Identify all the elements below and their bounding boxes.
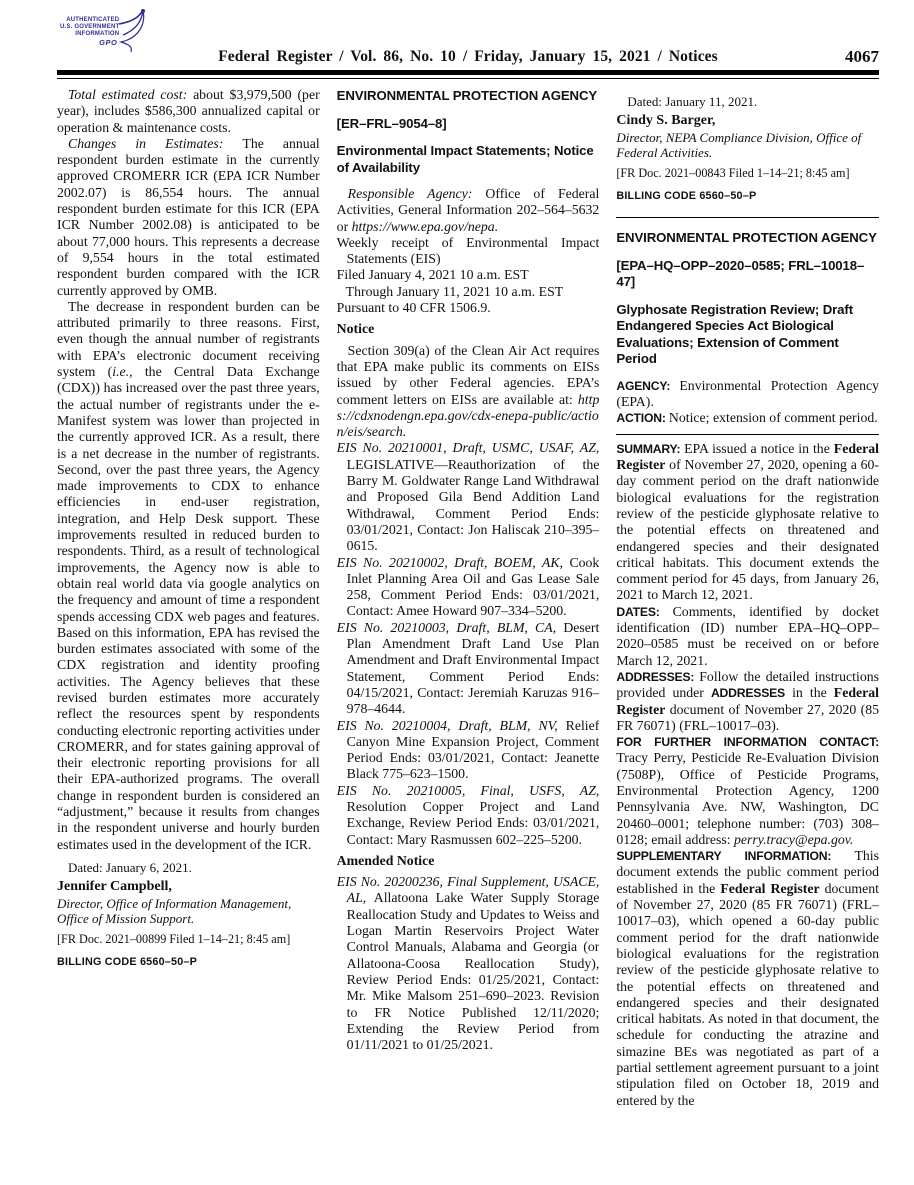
- subject-heading: Glyphosate Registration Review; Draft En…: [616, 302, 879, 368]
- signature-title: Director, Office of Information Manageme…: [57, 896, 320, 927]
- fr-doc-line: [FR Doc. 2021–00899 Filed 1–14–21; 8:45 …: [57, 931, 320, 947]
- amended-notice-heading: Amended Notice: [337, 853, 600, 869]
- logo-line-1: AUTHENTICATED: [60, 17, 119, 24]
- page-header-title: Federal Register / Vol. 86, No. 10 / Fri…: [218, 48, 718, 65]
- eis-entry: EIS No. 20210005, Final, USFS, AZ, Resol…: [337, 783, 600, 848]
- gpo-wordmark: GPO: [60, 39, 119, 46]
- fr-doc-line: [FR Doc. 2021–00843 Filed 1–14–21; 8:45 …: [616, 165, 879, 181]
- paragraph-section-309: Section 309(a) of the Clean Air Act requ…: [337, 343, 600, 441]
- eis-entry: EIS No. 20210002, Draft, BOEM, AK, Cook …: [337, 555, 600, 620]
- section-divider: [616, 217, 879, 218]
- gpo-authenticated-text: AUTHENTICATED U.S. GOVERNMENT INFORMATIO…: [60, 8, 119, 46]
- billing-code: BILLING CODE 6560–50–P: [57, 954, 320, 970]
- paragraph-total-estimated-cost: Total estimated cost: about $3,979,500 (…: [57, 87, 320, 136]
- eis-entry: EIS No. 20210004, Draft, BLM, NV, Relief…: [337, 718, 600, 783]
- logo-line-3: INFORMATION: [60, 31, 119, 38]
- addresses-paragraph: ADDRESSES: Follow the detailed instructi…: [616, 669, 879, 734]
- signature-name: Jennifer Campbell,: [57, 879, 320, 895]
- agency-line: AGENCY: Environmental Protection Agency …: [616, 378, 879, 411]
- signature-title: Director, NEPA Compliance Division, Offi…: [616, 130, 879, 161]
- through-line: Through January 11, 2021 10 a.m. EST: [337, 284, 600, 300]
- logo-line-2: U.S. GOVERNMENT: [60, 24, 119, 31]
- receipt-line: Weekly receipt of Environmental Impact S…: [337, 235, 600, 268]
- agency-heading: ENVIRONMENTAL PROTECTION AGENCY: [337, 88, 600, 105]
- notice-heading: Notice: [337, 321, 600, 337]
- page-header: Federal Register / Vol. 86, No. 10 / Fri…: [57, 48, 879, 66]
- action-line: ACTION: Notice; extension of comment per…: [616, 410, 879, 426]
- eis-entry: EIS No. 20200236, Final Supplement, USAC…: [337, 874, 600, 1053]
- subject-heading: Environmental Impact Statements; Notice …: [337, 143, 600, 176]
- summary-paragraph: SUMMARY: EPA issued a notice in the Fede…: [616, 441, 879, 604]
- pursuant-line: Pursuant to 40 CFR 1506.9.: [337, 300, 600, 316]
- eis-entry: EIS No. 20210003, Draft, BLM, CA, Desert…: [337, 620, 600, 718]
- column-3: Dated: January 11, 2021.Cindy S. Barger,…: [616, 87, 879, 1179]
- header-rule-thick: [57, 70, 879, 75]
- federal-register-page: AUTHENTICATED U.S. GOVERNMENT INFORMATIO…: [0, 0, 914, 1185]
- column-2: ENVIRONMENTAL PROTECTION AGENCY[ER–FRL–9…: [337, 87, 600, 1179]
- filed-line: Filed January 4, 2021 10 a.m. EST: [337, 267, 600, 283]
- agency-heading: ENVIRONMENTAL PROTECTION AGENCY: [616, 230, 879, 247]
- docket-number: [ER–FRL–9054–8]: [337, 116, 600, 133]
- eis-entry: EIS No. 20210001, Draft, USMC, USAF, AZ,…: [337, 440, 600, 554]
- header-rule-thin: [57, 78, 879, 79]
- further-info-paragraph: FOR FURTHER INFORMATION CONTACT: Tracy P…: [616, 734, 879, 848]
- docket-number: [EPA–HQ–OPP–2020–0585; FRL–10018–47]: [616, 258, 879, 291]
- column-1: Total estimated cost: about $3,979,500 (…: [57, 87, 320, 1179]
- paragraph-changes-in-estimates: Changes in Estimates: The annual respond…: [57, 136, 320, 299]
- billing-code: BILLING CODE 6560–50–P: [616, 188, 879, 204]
- paragraph-burden-decrease: The decrease in respondent burden can be…: [57, 299, 320, 853]
- content-columns: Total estimated cost: about $3,979,500 (…: [57, 87, 879, 1179]
- paragraph-responsible-agency: Responsible Agency: Office of Federal Ac…: [337, 186, 600, 235]
- page-number: 4067: [845, 47, 879, 67]
- signature-name: Cindy S. Barger,: [616, 113, 879, 129]
- dates-paragraph: DATES: Comments, identified by docket id…: [616, 604, 879, 669]
- supplementary-info-paragraph: SUPPLEMENTARY INFORMATION: This document…: [616, 848, 879, 1109]
- dated-line: Dated: January 11, 2021.: [616, 94, 879, 110]
- summary-divider: [616, 434, 879, 435]
- dated-line: Dated: January 6, 2021.: [57, 860, 320, 876]
